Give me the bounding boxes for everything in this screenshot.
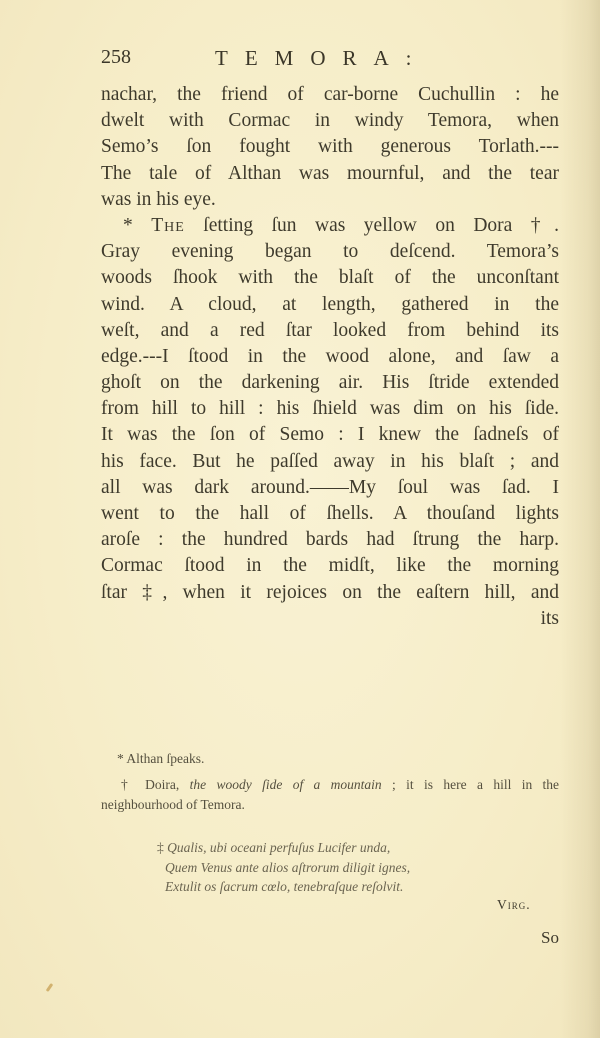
paper-speck (46, 983, 54, 992)
text-line: Cormac ſtood in the midſt, like the morn… (101, 553, 559, 579)
verse-line: Quem Venus ante alios aſtrorum diligit i… (165, 858, 410, 878)
text-line: went to the hall of ſhells. A thouſand l… (101, 501, 559, 527)
text-line: weſt, and a red ſtar looked from behind … (101, 318, 559, 344)
footnotes: * Althan ſpeaks. † Doira, the woody ſide… (101, 749, 559, 821)
paragraph-start-line: * The ſetting ſun was yellow on Dora †. (101, 213, 559, 239)
text-line: edge.---I ſtood in the wood alone, and ſ… (101, 344, 559, 370)
catchword: So (541, 928, 559, 948)
footnote-marker: ‡ (157, 840, 164, 855)
footnote-italic: the woody ſide of a mountain (190, 777, 382, 792)
footnote-marker: * (117, 751, 124, 766)
text-line-rest: ſetting ſun was yellow on Dora †. (203, 215, 559, 236)
footnote-marker: † (121, 777, 135, 792)
text-line: was in his eye. (101, 187, 559, 213)
verse-attribution: Virg. (497, 897, 531, 913)
verse-text: Qualis, ubi oceani perfuſus Lucifer unda… (167, 840, 390, 855)
verse-line: ‡ Qualis, ubi oceani perfuſus Lucifer un… (157, 838, 410, 858)
footnote-2-line: † Doira, the woody ſide of a mountain ; … (101, 775, 559, 795)
verse-line: Extulit os ſacrum cœlo, tenebraſque reſo… (165, 877, 410, 897)
book-page: 258 TEMORA: nachar, the friend of car-bo… (0, 0, 600, 1038)
footnote-lead: Doira, (145, 777, 179, 792)
paragraph-lead-word: The (151, 215, 185, 236)
text-line: Semo’s ſon fought with generous Torlath.… (101, 134, 559, 160)
text-line: Gray evening began to deſcend. Temora’s (101, 239, 559, 265)
text-line: It was the ſon of Semo : I knew the ſadn… (101, 422, 559, 448)
text-line: nachar, the friend of car-borne Cuchulli… (101, 82, 559, 108)
footnote-2-continuation: neighbourhood of Temora. (101, 795, 559, 815)
footnote-1: * Althan ſpeaks. (101, 749, 559, 769)
text-line: dwelt with Cormac in windy Temora, when (101, 108, 559, 134)
text-line: all was dark around.——My ſoul was ſad. I (101, 475, 559, 501)
page-header: 258 TEMORA: (101, 46, 561, 76)
text-line: aroſe : the hundred bards had ſtrung the… (101, 527, 559, 553)
footnote-1-line: * Althan ſpeaks. (101, 749, 559, 769)
text-line: woods ſhook with the blaſt of the unconſ… (101, 265, 559, 291)
body-text: nachar, the friend of car-borne Cuchulli… (101, 82, 559, 632)
footnote-marker: * (123, 215, 133, 236)
footnote-2: † Doira, the woody ſide of a mountain ; … (101, 775, 559, 815)
text-line: from hill to hill : his ſhield was dim o… (101, 396, 559, 422)
text-line-continuation: its (101, 606, 559, 632)
text-line: his face. But he paſſed away in his blaſ… (101, 449, 559, 475)
text-line: The tale of Althan was mournful, and the… (101, 161, 559, 187)
footnote-rest: ; it is here a hill in the (392, 777, 559, 792)
text-line: wind. A cloud, at length, gathered in th… (101, 292, 559, 318)
text-line: ſtar ‡, when it rejoices on the eaſtern … (101, 580, 559, 606)
text-line: ghoſt on the darkening air. His ſtride e… (101, 370, 559, 396)
footnote-3-verse: ‡ Qualis, ubi oceani perfuſus Lucifer un… (165, 838, 410, 897)
page-number: 258 (101, 46, 131, 69)
footnote-text: Althan ſpeaks. (126, 751, 204, 766)
running-title: TEMORA: (215, 46, 429, 71)
